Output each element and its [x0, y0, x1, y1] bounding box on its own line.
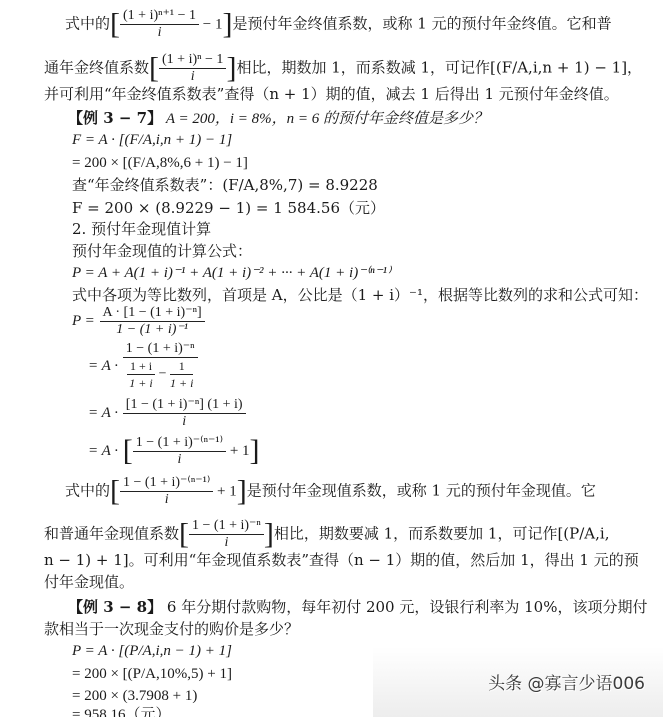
denominator: i	[133, 452, 226, 468]
numerator: 1 + i	[127, 358, 155, 375]
fraction: (1 + i)ⁿ − 1i	[159, 52, 226, 85]
denominator: 1 + i	[127, 375, 155, 391]
bracket: ]	[237, 475, 247, 508]
bracket: ]	[223, 8, 233, 41]
bracket: ]	[264, 518, 274, 551]
text: 是预付年金终值系数，或称 1 元的预付年金终值。它和普	[233, 15, 612, 33]
lhs: P =	[72, 313, 95, 329]
example-3-8-title: 【例 3 − 8】 6 年分期付款购物，每年初付 200 元，设银行利率为 10…	[68, 597, 647, 617]
numerator: 1 − (1 + i)⁻ⁿ	[189, 518, 264, 535]
para2-line2: 和普通年金现值系数[1 − (1 + i)⁻ⁿi]相比，期数要减 1，而系数要加…	[44, 518, 609, 551]
minus: −	[159, 367, 167, 382]
example-3-8-question-cont: 款相当于一次现金支付的购价是多少？	[44, 619, 299, 639]
denominator: 1 + i1 + i − 11 + i	[123, 358, 198, 391]
denominator: i	[189, 535, 264, 551]
example-label: 【例 3 − 7】	[68, 109, 162, 127]
example-3-7-step: = 200 × [(F/A,8%,6 + 1) − 1]	[72, 153, 248, 173]
para1-line3: 并可利用“年金终值系数表”查得（n + 1）期的值，减去 1 后得出 1 元预付…	[44, 84, 619, 104]
text: 和普通年金现值系数	[44, 525, 179, 543]
text: 通年金终值系数	[44, 59, 149, 77]
text: 相比，期数加 1，而系数减 1，可记作[(F/A,i,n + 1) − 1]，	[236, 59, 642, 77]
denominator: i	[123, 414, 246, 430]
example-question: 6 年分期付款购物，每年初付 200 元，设银行利率为 10%，该项分期付	[162, 598, 647, 616]
para1-line2: 通年金终值系数[(1 + i)ⁿ − 1i]相比，期数加 1，而系数减 1，可记…	[44, 52, 642, 85]
numerator: [1 − (1 + i)⁻ⁿ] (1 + i)	[123, 397, 246, 414]
pv-formula: P = A + A(1 + i)⁻¹ + A(1 + i)⁻² + ··· + …	[72, 263, 391, 283]
bracket: [	[123, 434, 133, 467]
numerator: A · [1 − (1 + i)⁻ⁿ]	[100, 305, 205, 322]
example-3-8-step: P = A · [(P/A,i,n − 1) + 1]	[72, 641, 232, 661]
fraction: [1 − (1 + i)⁻ⁿ] (1 + i)i	[123, 397, 246, 430]
watermark-text: 头条 @寡言少语006	[488, 669, 645, 694]
example-question: A = 200，i = 8%，n = 6 的预付年金终值是多少？	[162, 111, 488, 127]
text: 式中的	[65, 15, 110, 33]
bracket: ]	[226, 52, 236, 85]
derivation-step-1: P = A · [1 − (1 + i)⁻ⁿ]1 − (1 + i)⁻¹	[72, 300, 205, 341]
text: + 1	[226, 443, 249, 459]
bracket: [	[149, 52, 159, 85]
denominator: 1 − (1 + i)⁻¹	[100, 322, 205, 338]
para2-line1: 式中的[1 − (1 + i)⁻⁽ⁿ⁻¹⁾i + 1]是预付年金现值系数，或称 …	[65, 475, 596, 508]
denominator: 1 + i	[170, 375, 193, 391]
example-label: 【例 3 − 8】	[68, 598, 162, 616]
bracket: [	[179, 518, 189, 551]
derivation-step-2: = A · 1 − (1 + i)⁻ⁿ 1 + i1 + i − 11 + i	[88, 340, 198, 391]
example-3-7-title: 【例 3 − 7】 A = 200，i = 8%，n = 6 的预付年金终值是多…	[68, 108, 488, 129]
lhs: = A ·	[88, 405, 118, 421]
lhs: = A ·	[88, 358, 118, 374]
example-3-8-step: = 200 × (3.7908 + 1)	[72, 686, 197, 706]
fraction: 1 − (1 + i)⁻ⁿ 1 + i1 + i − 11 + i	[123, 341, 198, 391]
fraction: 1 − (1 + i)⁻⁽ⁿ⁻¹⁾i	[120, 475, 213, 508]
fraction: 1 − (1 + i)⁻⁽ⁿ⁻¹⁾i	[133, 435, 226, 468]
denominator: i	[120, 25, 199, 41]
text: + 1	[213, 484, 236, 500]
numerator: 1 − (1 + i)⁻ⁿ	[123, 341, 198, 358]
example-3-8-step: = 958.16（元）	[72, 705, 170, 717]
para2-line4: 付年金现值。	[44, 572, 134, 592]
text: − 1	[199, 17, 222, 33]
fraction: A · [1 − (1 + i)⁻ⁿ]1 − (1 + i)⁻¹	[100, 305, 205, 338]
numerator: 1 − (1 + i)⁻⁽ⁿ⁻¹⁾	[120, 475, 213, 492]
fraction: 11 + i	[170, 358, 193, 391]
para2-line3: n − 1) + 1]。可利用“年金现值系数表”查得（n − 1）期的值，然后加…	[44, 550, 639, 570]
numerator: (1 + i)ⁿ⁺¹ − 1	[120, 8, 199, 25]
text: 式中的	[65, 482, 110, 500]
denominator: i	[159, 69, 226, 85]
derivation-step-3: = A · [1 − (1 + i)⁻ⁿ] (1 + i)i	[88, 394, 246, 431]
para1-line1: 式中的[(1 + i)ⁿ⁺¹ − 1i − 1]是预付年金终值系数，或称 1 元…	[65, 8, 612, 41]
lhs: = A ·	[88, 443, 118, 459]
example-3-8-step: = 200 × [(P/A,10%,5) + 1]	[72, 664, 232, 684]
bracket: [	[110, 475, 120, 508]
denominator: i	[120, 492, 213, 508]
section-intro: 预付年金现值的计算公式：	[72, 241, 252, 261]
numerator: 1	[170, 358, 193, 375]
text: 相比，期数要减 1，而系数要加 1，可记作[(P/A,i,	[274, 525, 610, 543]
example-3-7-step: F = 200 × (8.9229 − 1) = 1 584.56（元）	[72, 198, 385, 218]
watermark: 头条 @寡言少语006	[373, 647, 663, 717]
example-3-7-step: F = A · [(F/A,i,n + 1) − 1]	[72, 130, 232, 150]
numerator: (1 + i)ⁿ − 1	[159, 52, 226, 69]
derivation-step-4: = A · [1 − (1 + i)⁻⁽ⁿ⁻¹⁾i + 1]	[88, 432, 260, 469]
bracket: ]	[250, 434, 260, 467]
numerator: 1 − (1 + i)⁻⁽ⁿ⁻¹⁾	[133, 435, 226, 452]
fraction: 1 − (1 + i)⁻ⁿi	[189, 518, 264, 551]
bracket: [	[110, 8, 120, 41]
fraction: (1 + i)ⁿ⁺¹ − 1i	[120, 8, 199, 41]
text: 是预付年金现值系数，或称 1 元的预付年金现值。它	[247, 482, 596, 500]
example-3-7-step: 查“年金终值系数表”：(F/A,8%,7) = 8.9228	[72, 175, 378, 195]
fraction: 1 + i1 + i	[127, 358, 155, 391]
section-heading: 2. 预付年金现值计算	[72, 219, 211, 239]
